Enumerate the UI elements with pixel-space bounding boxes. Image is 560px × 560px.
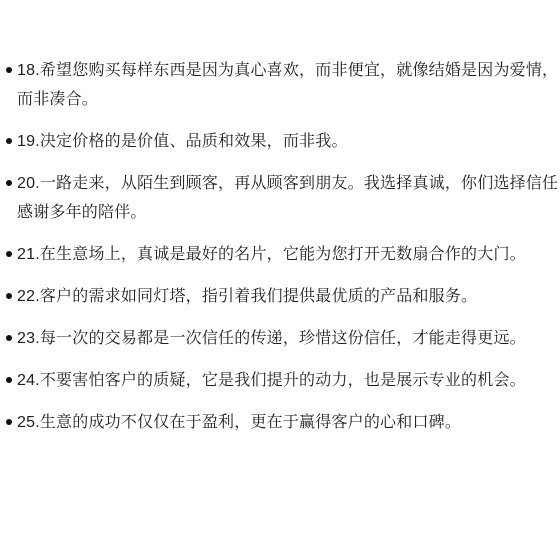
quote-line: 21.在生意场上，真诚是最好的名片，它能为您打开无数扇合作的大门。 <box>17 240 552 269</box>
quote-line: 25.生意的成功不仅仅在于盈利，更在于赢得客户的心和口碑。 <box>17 408 552 437</box>
quote-line: 22.客户的需求如同灯塔，指引着我们提供最优质的产品和服务。 <box>17 282 552 311</box>
list-item: 25.生意的成功不仅仅在于盈利，更在于赢得客户的心和口碑。 <box>17 408 552 437</box>
list-item: 22.客户的需求如同灯塔，指引着我们提供最优质的产品和服务。 <box>17 282 552 311</box>
bullet-icon <box>6 293 12 299</box>
bullet-icon <box>6 251 12 257</box>
bullet-icon <box>6 377 12 383</box>
list-item: 18.希望您购买每样东西是因为真心喜欢，而非便宜，就像结婚是因为爱情，而非凑合。 <box>17 56 552 114</box>
quote-line: 感谢多年的陪伴。 <box>17 198 552 227</box>
quote-line: 23.每一次的交易都是一次信任的传递，珍惜这份信任，才能走得更远。 <box>17 324 552 353</box>
bullet-icon <box>6 180 12 186</box>
quote-line: 18.希望您购买每样东西是因为真心喜欢，而非便宜，就像结婚是因为爱情， <box>17 56 552 85</box>
quote-page: 18.希望您购买每样东西是因为真心喜欢，而非便宜，就像结婚是因为爱情，而非凑合。… <box>0 0 560 560</box>
quote-line: 24.不要害怕客户的质疑，它是我们提升的动力，也是展示专业的机会。 <box>17 366 552 395</box>
list-item: 24.不要害怕客户的质疑，它是我们提升的动力，也是展示专业的机会。 <box>17 366 552 395</box>
bullet-icon <box>6 138 12 144</box>
bullet-icon <box>6 67 12 73</box>
quote-line: 19.决定价格的是价值、品质和效果，而非我。 <box>17 127 552 156</box>
list-item: 21.在生意场上，真诚是最好的名片，它能为您打开无数扇合作的大门。 <box>17 240 552 269</box>
list-item: 23.每一次的交易都是一次信任的传递，珍惜这份信任，才能走得更远。 <box>17 324 552 353</box>
list-item: 20.一路走来，从陌生到顾客，再从顾客到朋友。我选择真诚，你们选择信任感谢多年的… <box>17 169 552 227</box>
quote-line: 20.一路走来，从陌生到顾客，再从顾客到朋友。我选择真诚，你们选择信任 <box>17 169 552 198</box>
quote-list: 18.希望您购买每样东西是因为真心喜欢，而非便宜，就像结婚是因为爱情，而非凑合。… <box>0 0 560 437</box>
quote-line: 而非凑合。 <box>17 85 552 114</box>
bullet-icon <box>6 335 12 341</box>
bullet-icon <box>6 419 12 425</box>
list-item: 19.决定价格的是价值、品质和效果，而非我。 <box>17 127 552 156</box>
